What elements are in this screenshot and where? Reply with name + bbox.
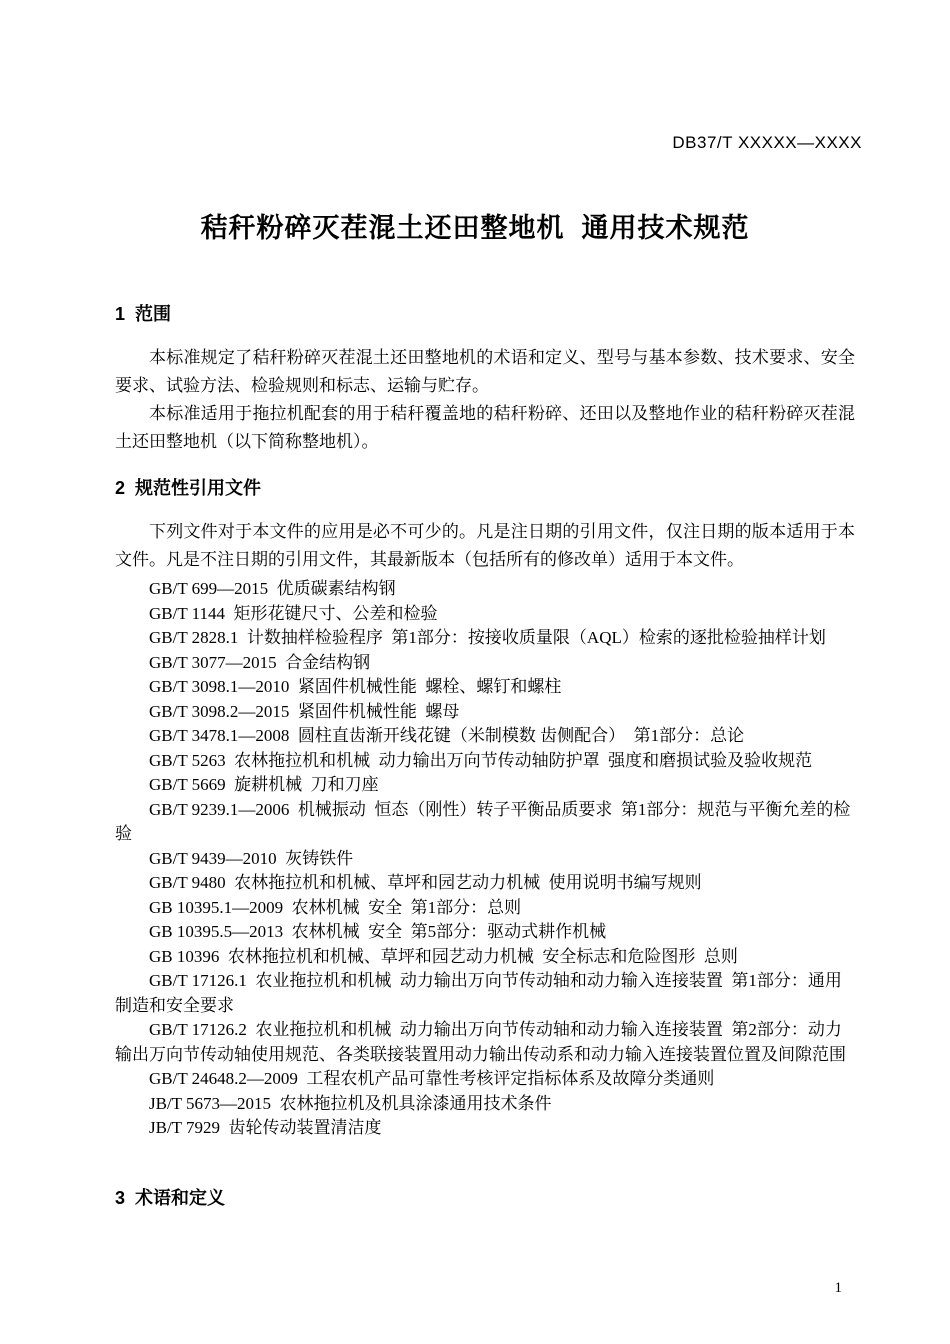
document-page: DB37/T XXXXX—XXXX 秸秆粉碎灭茬混土还田整地机 通用技术规范 1… xyxy=(0,0,950,1344)
section: 3 术语和定义 xyxy=(115,1186,855,1210)
section-heading: 1 范围 xyxy=(115,302,855,326)
standard-number: DB37/T XXXXX—XXXX xyxy=(672,133,862,152)
section: 2 规范性引用文件下列文件对于本文件的应用是必不可少的。凡是注日期的引用文件，仅… xyxy=(115,476,855,1141)
reference-item: JB/T 7929 齿轮传动装置清洁度 xyxy=(115,1116,855,1141)
reference-item: GB/T 17126.2 农业拖拉机和机械 动力输出万向节传动轴和动力输入连接装… xyxy=(115,1018,855,1067)
reference-item: GB/T 3098.1—2010 紧固件机械性能 螺栓、螺钉和螺柱 xyxy=(115,675,855,700)
section-heading: 2 规范性引用文件 xyxy=(115,476,855,500)
reference-item: GB/T 9439—2010 灰铸铁件 xyxy=(115,847,855,872)
reference-item: GB 10395.5—2013 农林机械 安全 第5部分：驱动式耕作机械 xyxy=(115,920,855,945)
reference-item: GB/T 1144 矩形花键尺寸、公差和检验 xyxy=(115,602,855,627)
reference-item: GB/T 9480 农林拖拉机和机械、草坪和园艺动力机械 使用说明书编写规则 xyxy=(115,871,855,896)
reference-item: GB 10396 农林拖拉机和机械、草坪和园艺动力机械 安全标志和危险图形 总则 xyxy=(115,945,855,970)
reference-item: GB/T 699—2015 优质碳素结构钢 xyxy=(115,577,855,602)
reference-item: GB/T 5669 旋耕机械 刀和刀座 xyxy=(115,773,855,798)
page-number: 1 xyxy=(835,1280,843,1296)
reference-list: GB/T 699—2015 优质碳素结构钢GB/T 1144 矩形花键尺寸、公差… xyxy=(115,577,855,1141)
reference-item: GB/T 5263 农林拖拉机和机械 动力输出万向节传动轴防护罩 强度和磨损试验… xyxy=(115,749,855,774)
paragraph: 本标准适用于拖拉机配套的用于秸秆覆盖地的秸秆粉碎、还田以及整地作业的秸秆粉碎灭茬… xyxy=(115,400,855,456)
reference-item: GB/T 17126.1 农业拖拉机和机械 动力输出万向节传动轴和动力输入连接装… xyxy=(115,969,855,1018)
reference-item: GB/T 2828.1 计数抽样检验程序 第1部分：按接收质量限（AQL）检索的… xyxy=(115,626,855,651)
paragraph: 本标准规定了秸秆粉碎灭茬混土还田整地机的术语和定义、型号与基本参数、技术要求、安… xyxy=(115,344,855,400)
reference-item: GB/T 3077—2015 合金结构钢 xyxy=(115,651,855,676)
page-header: DB37/T XXXXX—XXXX xyxy=(0,113,862,173)
document-title: 秸秆粉碎灭茬混土还田整地机 通用技术规范 xyxy=(0,206,950,245)
reference-item: GB/T 24648.2—2009 工程农机产品可靠性考核评定指标体系及故障分类… xyxy=(115,1067,855,1092)
reference-item: GB/T 3478.1—2008 圆柱直齿渐开线花键（米制模数 齿侧配合） 第1… xyxy=(115,724,855,749)
section: 1 范围本标准规定了秸秆粉碎灭茬混土还田整地机的术语和定义、型号与基本参数、技术… xyxy=(115,302,855,456)
reference-item: JB/T 5673—2015 农林拖拉机及机具涂漆通用技术条件 xyxy=(115,1092,855,1117)
page-footer: 1 xyxy=(835,1280,843,1297)
reference-item: GB/T 3098.2—2015 紧固件机械性能 螺母 xyxy=(115,700,855,725)
section-heading: 3 术语和定义 xyxy=(115,1186,855,1210)
section-paragraphs: 本标准规定了秸秆粉碎灭茬混土还田整地机的术语和定义、型号与基本参数、技术要求、安… xyxy=(115,344,855,456)
reference-item: GB 10395.1—2009 农林机械 安全 第1部分：总则 xyxy=(115,896,855,921)
section-paragraphs: 下列文件对于本文件的应用是必不可少的。凡是注日期的引用文件，仅注日期的版本适用于… xyxy=(115,518,855,574)
paragraph: 下列文件对于本文件的应用是必不可少的。凡是注日期的引用文件，仅注日期的版本适用于… xyxy=(115,518,855,574)
reference-item: GB/T 9239.1—2006 机械振动 恒态（刚性）转子平衡品质要求 第1部… xyxy=(115,798,855,847)
